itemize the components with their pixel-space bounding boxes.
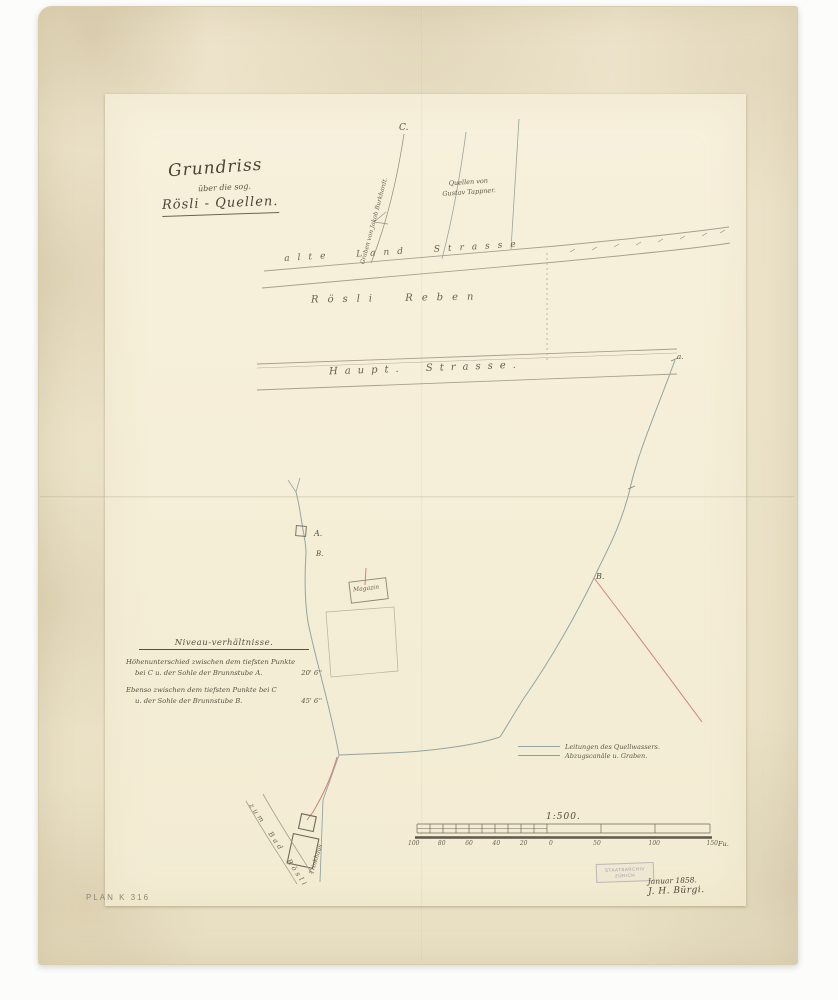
signature-name: J. H. Bürgi. [648,885,705,897]
scale-ticks-labels-right: 50100150 [592,840,718,847]
niveau-row1-value: 20' 6'' [301,668,322,679]
scale-tick-label: 20 [519,840,529,847]
scanned-plan-page: Grundriss über die sog. Rösli - Quellen.… [0,0,838,1000]
point-a-small-label: a. [677,353,683,361]
plan-sheet [105,94,746,906]
scale-tick-label: 40 [491,840,501,847]
legend-row-conduit: Leitungen des Quellwassers. [518,742,660,751]
map-title-line3: Rösli - Quellen. [162,194,279,217]
niveau-row1-line2: bei C u. der Sohle der Brunnstube A. [126,668,322,679]
archive-stamp: STAATSARCHIV ZÜRICH [596,862,655,883]
legend-line-drain [518,755,560,756]
point-a-label: A. [314,529,322,538]
scale-ticks-labels-left: 100806040200 [408,840,556,847]
legend-line-conduit [518,746,560,747]
niveau-row-2: Ebenso zwischen dem tiefsten Punkte bei … [126,685,322,706]
point-b-label: B. [316,550,323,558]
point-c-label: C. [399,123,408,133]
scale-ratio-label: 1:500. [546,812,581,822]
legend: Leitungen des Quellwassers. Abzugscanäle… [518,742,660,760]
scale-tick-label: 60 [464,840,474,847]
signature-block: Januar 1858. J. H. Bürgi. [648,875,705,897]
scale-tick-label: 0 [546,840,556,847]
legend-label-conduit: Leitungen des Quellwassers. [565,743,660,751]
niveau-row-1: Höhenunterschied zwischen dem tiefsten P… [126,657,322,678]
archive-plan-number: PLAN K 316 [86,893,150,902]
niveau-row2-line2: u. der Sohle der Brunnstube B. [126,696,322,707]
scale-tick-label: 100 [649,840,660,847]
niveau-row1-line1: Höhenunterschied zwischen dem tiefsten P… [126,657,322,668]
scale-unit-label: Fu. [718,840,729,848]
niveau-heading: Niveau-verhältnisse. [139,638,309,650]
niveau-row2-line1: Ebenso zwischen dem tiefsten Punkte bei … [126,685,322,696]
legend-row-drain: Abzugscanäle u. Graben. [518,751,660,760]
point-b-right-label: B. [596,572,604,581]
niveau-notes: Niveau-verhältnisse. Höhenunterschied zw… [126,638,322,713]
quellen-owner-label: Quellen von Gustav Tappner. [441,176,496,199]
archive-stamp-line2: ZÜRICH [615,872,635,879]
scale-tick-label: 100 [408,840,419,847]
niveau-row2-value: 45' 6'' [301,696,322,707]
legend-label-drain: Abzugscanäle u. Graben. [565,752,647,760]
scale-tick-label: 150 [707,840,718,847]
scale-tick-label: 80 [437,840,447,847]
scale-tick-label: 50 [592,840,602,847]
